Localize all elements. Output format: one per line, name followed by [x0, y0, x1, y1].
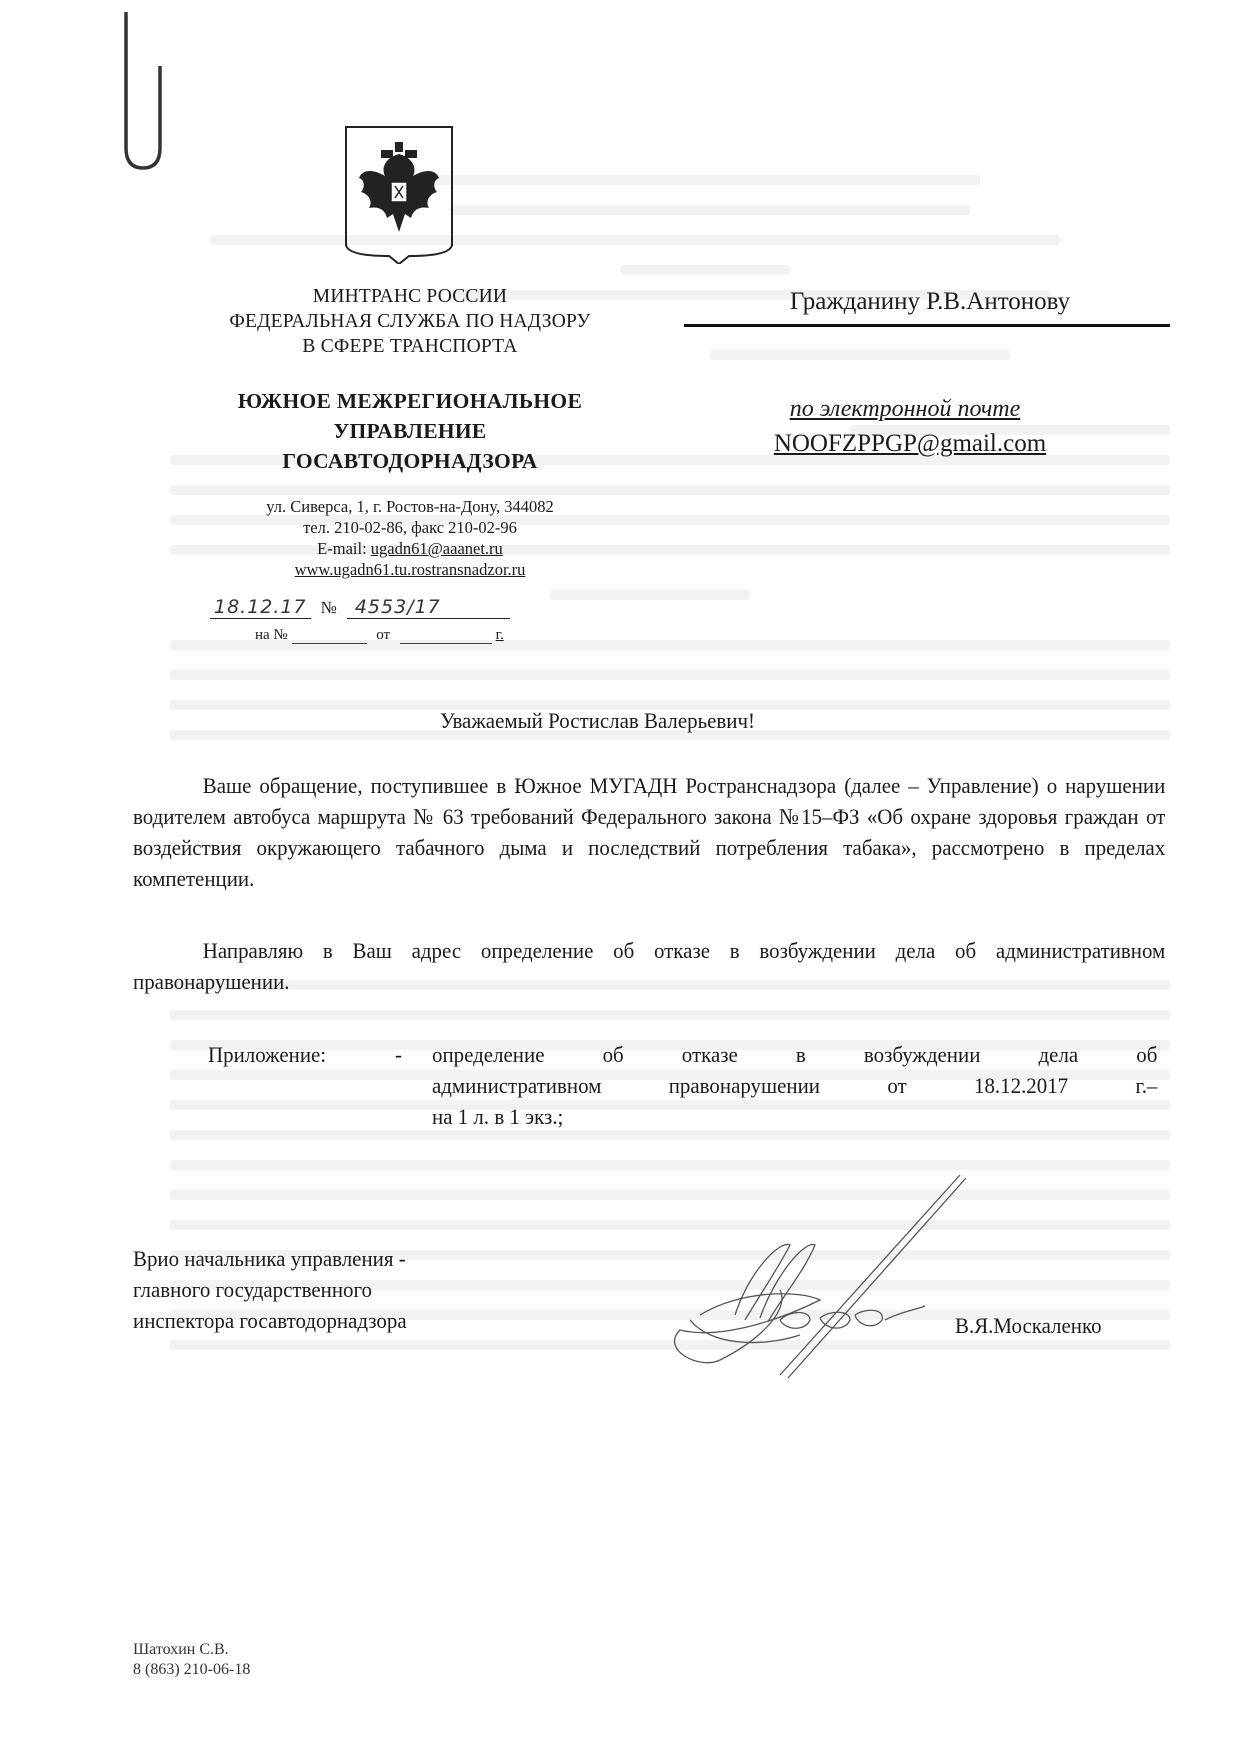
letterhead-ministry: МИНТРАНС РОССИИ ФЕДЕРАЛЬНАЯ СЛУЖБА ПО НА… — [190, 284, 630, 359]
department-name-line2: УПРАВЛЕНИЕ — [190, 416, 630, 446]
delivery-method: по электронной почте — [760, 396, 1050, 423]
letterhead-department: ЮЖНОЕ МЕЖРЕГИОНАЛЬНОЕ УПРАВЛЕНИЕ ГОСАВТО… — [190, 386, 630, 476]
recipient-email[interactable]: NOOFZPPGP@gmail.com — [740, 430, 1080, 458]
emblem-frame-tip — [345, 244, 453, 264]
attachment-label: Приложение: — [208, 1039, 326, 1070]
letterhead-contacts: ул. Сиверса, 1, г. Ростов-на-Дону, 34408… — [190, 496, 630, 580]
signatory-title-line1: Врио начальника управления - — [133, 1243, 579, 1274]
ministry-name: МИНТРАНС РОССИИ — [190, 284, 630, 309]
service-name-line1: ФЕДЕРАЛЬНАЯ СЛУЖБА ПО НАДЗОРУ — [190, 309, 630, 334]
recipient-name: Гражданину Р.В.Антонову — [690, 288, 1170, 316]
website-link[interactable]: www.ugadn61.tu.rostransnadzor.ru — [295, 560, 526, 579]
department-name-line1: ЮЖНОЕ МЕЖРЕГИОНАЛЬНОЕ — [190, 386, 630, 416]
email-link[interactable]: ugadn61@aaanet.ru — [371, 539, 503, 558]
attachment-line-1: определение об отказе в возбуждении дела… — [432, 1039, 1157, 1070]
executor-name: Шатохин С.В. — [133, 1640, 250, 1660]
attachment-line-3: на 1 л. в 1 экз.; — [432, 1101, 563, 1132]
attachment-bullet: - — [395, 1039, 402, 1070]
reference-line: на № от г. — [255, 627, 575, 644]
phone-fax: тел. 210-02-86, факс 210-02-96 — [190, 517, 630, 538]
address: ул. Сиверса, 1, г. Ростов-на-Дону, 34408… — [190, 496, 630, 517]
ref-number-label: на № — [255, 627, 288, 643]
ref-year-suffix: г. — [496, 627, 504, 643]
paragraph-text: Ваше обращение, поступившее в Южное МУГА… — [133, 770, 1165, 894]
signatory-title: Врио начальника управления - главного го… — [133, 1243, 579, 1336]
executor-info: Шатохин С.В. 8 (863) 210-06-18 — [133, 1640, 250, 1680]
greeting: Уважаемый Ростислав Валерьевич! — [440, 705, 961, 736]
body-paragraph-1: Ваше обращение, поступившее в Южное МУГА… — [133, 770, 1165, 894]
executor-phone: 8 (863) 210-06-18 — [133, 1660, 250, 1680]
service-name-line2: В СФЕРЕ ТРАНСПОРТА — [190, 334, 630, 359]
handwritten-date: 18.12.17 — [210, 596, 311, 619]
signatory-title-line2: главного государственного — [133, 1274, 579, 1305]
number-label: № — [321, 598, 337, 617]
registration-line: 18.12.17 № 4553/17 — [210, 596, 590, 622]
department-name-line3: ГОСАВТОДОРНАДЗОРА — [190, 446, 630, 476]
body-paragraph-2: Направляю в Ваш адрес определение об отк… — [133, 935, 1165, 997]
ref-number-blank — [292, 629, 367, 644]
email-row: E-mail: ugadn61@aaanet.ru — [190, 538, 630, 559]
attachment-line-2: административном правонарушении от 18.12… — [432, 1070, 1157, 1101]
signatory-title-line3: инспектора госавтодорнадзора — [133, 1305, 579, 1336]
paragraph-text: Направляю в Ваш адрес определение об отк… — [133, 935, 1165, 997]
email-label: E-mail: — [317, 539, 371, 558]
ref-date-label: от — [376, 627, 390, 643]
handwritten-number: 4553/17 — [347, 596, 510, 619]
handwritten-signature — [660, 1170, 980, 1400]
ref-date-blank — [400, 629, 492, 644]
paperclip-icon — [118, 8, 166, 178]
recipient-underline — [684, 324, 1170, 327]
russian-coat-of-arms-icon — [355, 140, 443, 240]
signatory-name: В.Я.Москаленко — [955, 1310, 1102, 1341]
